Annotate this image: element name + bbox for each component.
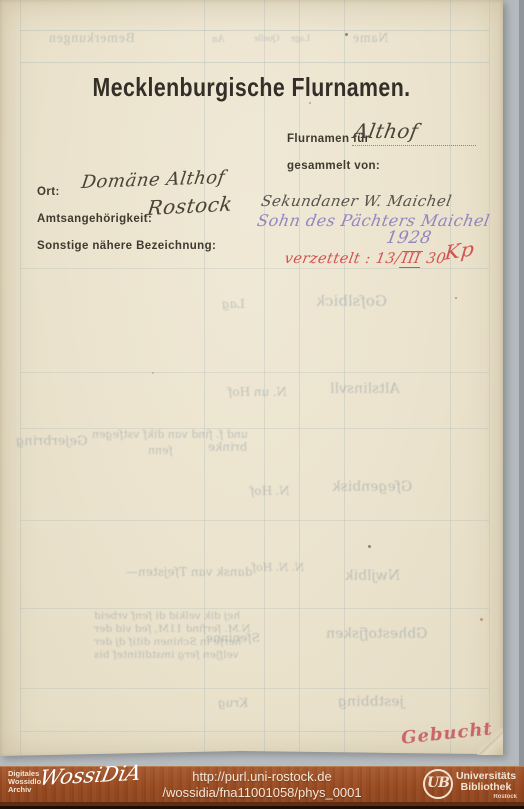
collector-year-handwriting: 1928 xyxy=(384,228,433,248)
amtsangehoerigkeit-label: Amtsangehörigkeit: xyxy=(37,213,152,225)
gebucht-stamp: Gebucht xyxy=(400,718,494,748)
bleedthrough-grid-line xyxy=(264,0,265,755)
bleedthrough-text: Gejerbring xyxy=(15,434,89,449)
bleedthrough-text: Nwjlbik xyxy=(344,568,401,584)
gesammelt-von-label: gesammelt von: xyxy=(287,160,380,172)
bleedthrough-text: An xyxy=(212,34,225,45)
paper-speck xyxy=(152,372,154,374)
bleedthrough-grid-line xyxy=(20,520,489,521)
bleedthrough-text: Gbhestofjsken xyxy=(325,626,428,642)
ort-label: Ort: xyxy=(37,186,60,198)
paper-speck xyxy=(368,545,371,548)
archive-footer-bar: Digitales Wossidlo Archiv WossiDiA http:… xyxy=(0,766,524,809)
form-paper: Bemerkungen An Quelle Lage Name Gofslbic… xyxy=(0,0,503,757)
collector-name-handwriting: Sekundaner W. Maichel xyxy=(260,192,453,210)
bleedthrough-text: dansk van Tfejsten— xyxy=(125,565,253,579)
bleedthrough-text: N. Hof xyxy=(249,484,290,498)
library-city-label: Rostock xyxy=(453,793,519,801)
bleedthrough-text: hej dik velkid di fenf vrbeid xyxy=(93,610,241,622)
verzettelt-text: verzettelt : 13/ xyxy=(283,251,402,267)
bleedthrough-text: velfjen ferg imstditintef bis xyxy=(93,649,239,661)
bleedthrough-grid-line xyxy=(489,0,490,755)
library-name-line: Bibliothek xyxy=(461,781,512,793)
bleedthrough-text: Krug xyxy=(217,696,249,710)
bleedthrough-text: N. N. Hof xyxy=(251,561,305,574)
collector-note-handwriting: Sohn des Pächters Maichel xyxy=(256,211,492,230)
bleedthrough-text: N. un Hof xyxy=(227,385,288,399)
bleedthrough-grid-line xyxy=(299,0,300,755)
scanner-background-edge xyxy=(519,0,524,766)
university-library-label: Universitäts Bibliothek Rostock xyxy=(453,771,519,801)
bleedthrough-text: Gofslbick xyxy=(315,292,388,310)
amtsangehoerigkeit-value-handwriting: Rostock xyxy=(146,192,234,220)
bleedthrough-text: Lage xyxy=(291,34,310,44)
bleedthrough-text: Sfeninne xyxy=(205,631,261,645)
bleedthrough-text: Bemerkungen xyxy=(48,30,135,46)
bleedthrough-grid-line xyxy=(20,0,21,755)
university-library-logo-icon: UB xyxy=(423,769,453,799)
bleedthrough-text: Altslinsvll xyxy=(329,381,401,397)
scanned-document: Bemerkungen An Quelle Lage Name Gofslbic… xyxy=(0,0,503,757)
bleedthrough-text: fenn xyxy=(147,444,174,457)
flurnamen-fuer-value-handwriting: Althof xyxy=(352,119,420,143)
bleedthrough-text: jestbbing xyxy=(337,694,405,710)
bleedthrough-grid-line xyxy=(20,608,489,609)
bleedthrough-text: Gfegenbisk xyxy=(331,479,413,495)
form-title: Mecklenburgische Flurnamen. xyxy=(45,72,457,103)
bleedthrough-grid-line xyxy=(20,372,489,373)
bleedthrough-text: Name xyxy=(352,30,388,46)
paper-speck xyxy=(455,297,457,299)
paper-speck xyxy=(345,33,348,36)
verzettelt-note-handwriting: verzettelt : 13/III 30 xyxy=(283,251,447,268)
bleedthrough-grid-line xyxy=(20,688,489,689)
paper-speck xyxy=(480,618,483,621)
bleedthrough-grid-line xyxy=(20,62,489,63)
bleedthrough-text: Quelle xyxy=(254,34,279,44)
bleedthrough-grid-line xyxy=(450,0,451,755)
bleedthrough-text: Lag xyxy=(221,297,246,311)
verzettelt-initials-paraph: Kp xyxy=(444,237,476,265)
bleedthrough-grid-line xyxy=(20,428,489,429)
bleedthrough-text: brinke xyxy=(207,440,248,454)
scanner-background xyxy=(503,0,519,766)
sonstige-bezeichnung-label: Sonstige nähere Bezeichnung: xyxy=(37,240,216,252)
